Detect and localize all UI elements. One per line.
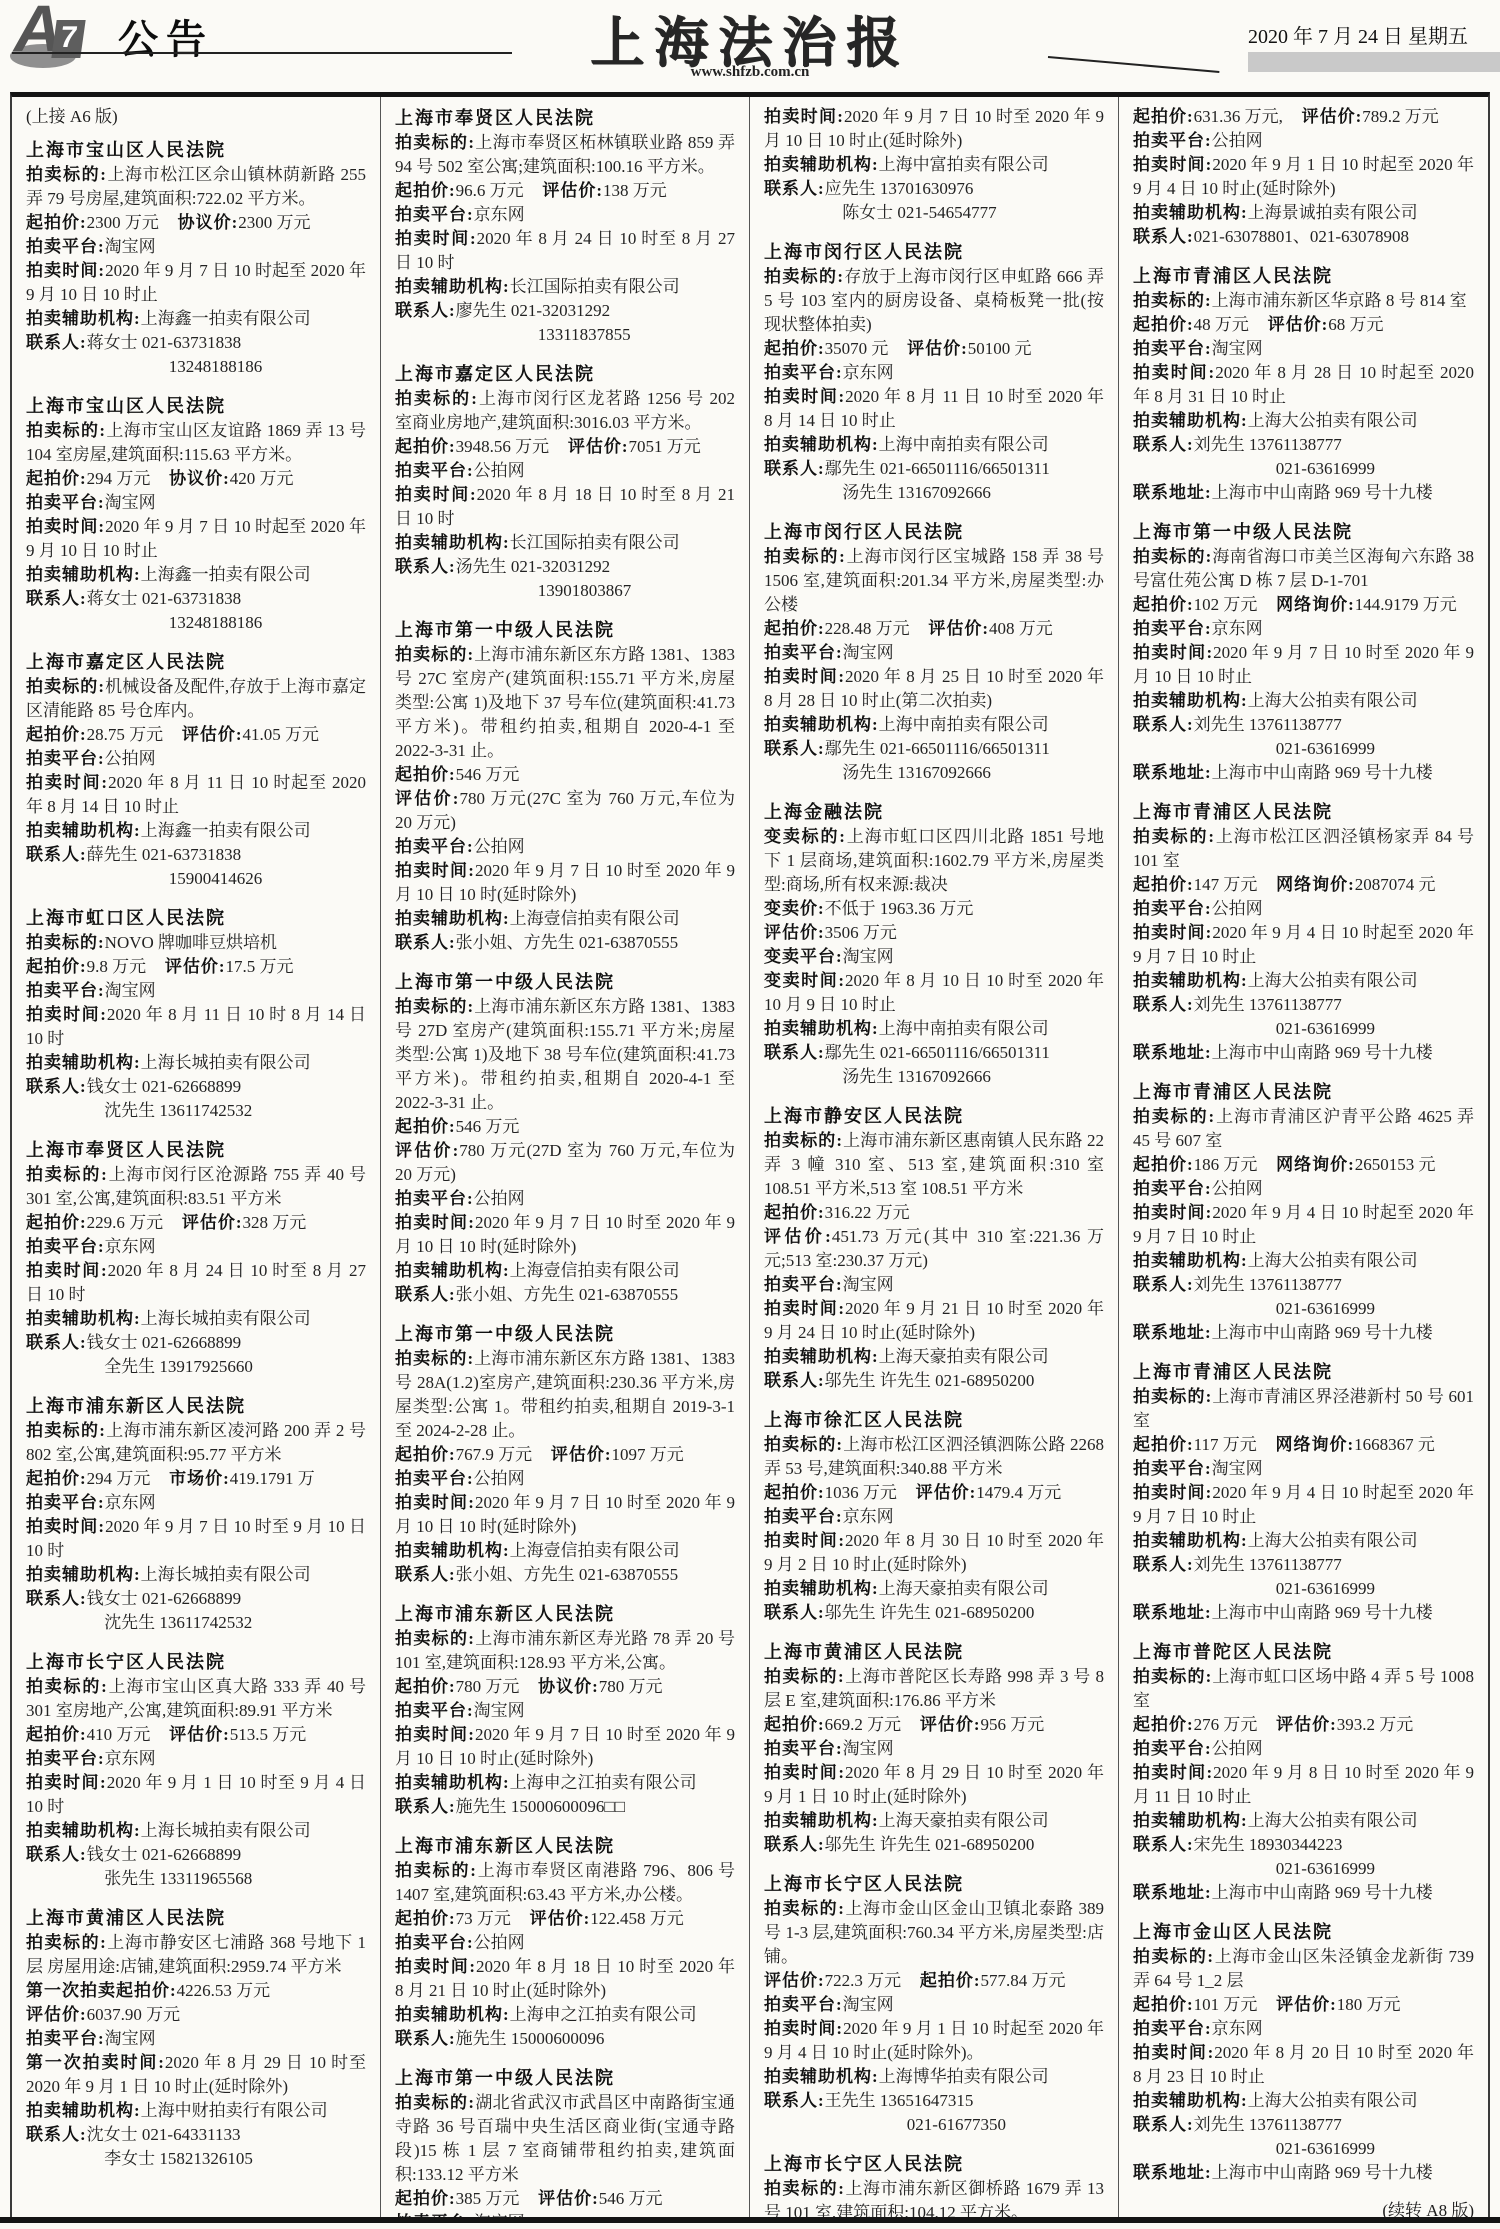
field-line: 拍卖标的:湖北省武汉市武昌区中南路街宝通寺路 36 号百瑞中央生活区商业街(宝通… (395, 2091, 735, 2187)
field-value: 上海大公拍卖有限公司 (1248, 411, 1418, 430)
field-value: 刘先生 13761138777 (1194, 435, 1342, 454)
field-line: 拍卖平台:京东网 (395, 203, 735, 227)
auction-entry: 上海市奉贤区人民法院拍卖标的:上海市奉贤区柘林镇联业路 859 弄 94 号 5… (395, 105, 735, 347)
field-line: 拍卖标的:上海市浦东新区东方路 1381、1383 号 27C 室房产(建筑面积… (395, 643, 735, 763)
field-line: 联系人:钱女士 021-62668899 (26, 1075, 366, 1099)
field-label: 拍卖平台: (1133, 1459, 1212, 1478)
field-line: 评估价:722.3 万元起拍价:577.84 万元 (764, 1969, 1104, 1993)
field-line: 第一次拍卖时间:2020 年 8 月 29 日 10 时至 2020 年 9 月… (26, 2051, 366, 2099)
field-label: 拍卖时间: (1133, 1483, 1212, 1502)
field-label: 起拍价: (1133, 1995, 1194, 2014)
field-label: 起拍价: (1133, 875, 1194, 894)
field-line: 联系人:邬先生 许先生 021-68950200 (764, 1369, 1104, 1393)
field-value: 鄢先生 021-66501116/66501311 (825, 1043, 1050, 1062)
field-label: 变卖平台: (764, 947, 843, 966)
field-line: 起拍价:48 万元评估价:68 万元 (1133, 313, 1474, 337)
field-label: 拍卖辅助机构: (1133, 1811, 1248, 1830)
field-value: 28.75 万元 (87, 725, 164, 744)
field-line: 拍卖时间:2020 年 8 月 24 日 10 时至 8 月 27 日 10 时 (26, 1259, 366, 1307)
field-value: 上海博华拍卖有限公司 (879, 2067, 1049, 2086)
court-name: 上海市普陀区人民法院 (1133, 1639, 1474, 1665)
field-value: 邬先生 许先生 021-68950200 (825, 1603, 1035, 1622)
field-label: 拍卖平台: (764, 643, 843, 662)
field-line: 拍卖平台:公拍网 (395, 1187, 735, 1211)
field-label: 联系人: (26, 845, 87, 864)
field-line: 联系人:张小姐、方先生 021-63870555 (395, 1283, 735, 1307)
field-label: 联系人: (1133, 715, 1194, 734)
field-label: 拍卖平台: (1133, 339, 1212, 358)
field-label: 拍卖时间: (764, 667, 845, 686)
field-label: 拍卖标的: (1133, 1107, 1215, 1126)
field-label: 拍卖标的: (764, 267, 844, 286)
field-label: 联系人: (764, 1371, 825, 1390)
field-label: 拍卖标的: (26, 1421, 106, 1440)
field-label: 评估价: (165, 957, 226, 976)
field-label: 联系人: (395, 2029, 456, 2048)
field-value: 316.22 万元 (825, 1203, 910, 1222)
field-value: 沈先生 13611742532 (104, 1101, 252, 1120)
field-value: 邬先生 许先生 021-68950200 (825, 1371, 1035, 1390)
field-line: 起拍价:28.75 万元评估价:41.05 万元 (26, 723, 366, 747)
court-name: 上海市黄浦区人民法院 (26, 1905, 366, 1931)
field-value: 公拍网 (105, 749, 156, 768)
field-line: 联系人:施先生 15000600096 (395, 2027, 735, 2051)
field-value: 京东网 (1212, 619, 1263, 638)
field-label: 联系人: (26, 333, 87, 352)
field-label: 起拍价: (395, 437, 456, 456)
field-value: 汤先生 13167092666 (842, 763, 991, 782)
field-line: 13248188186 (26, 355, 366, 379)
field-line: 拍卖辅助机构:上海长城拍卖有限公司 (26, 1819, 366, 1843)
field-label: 评估价: (182, 725, 243, 744)
field-line: 拍卖时间:2020 年 8 月 25 日 10 时至 2020 年 8 月 28… (764, 665, 1104, 713)
field-value: 淘宝网 (1212, 339, 1263, 358)
auction-entry: 上海市金山区人民法院拍卖标的:上海市金山区朱泾镇金龙新街 739 弄 64 号 … (1133, 1919, 1474, 2185)
field-line: 起拍价:3948.56 万元评估价:7051 万元 (395, 435, 735, 459)
field-line: 拍卖时间:2020 年 9 月 1 日 10 时起至 2020 年 9 月 4 … (764, 2017, 1104, 2065)
field-label: 评估价: (928, 619, 989, 638)
field-label: 协议价: (178, 213, 239, 232)
field-line: 拍卖平台:淘宝网 (26, 2027, 366, 2051)
court-name: 上海市嘉定区人民法院 (395, 361, 735, 387)
field-line: 拍卖标的:上海市闵行区宝城路 158 弄 38 号 1506 室,建筑面积:20… (764, 545, 1104, 617)
field-value: 35070 元 (825, 339, 889, 358)
field-line: 拍卖时间:2020 年 9 月 7 日 10 时至 2020 年 9 月 10 … (395, 1211, 735, 1259)
field-value: 73 万元 (456, 1909, 511, 1928)
field-line: 拍卖标的:上海市浦东新区御桥路 1679 弄 13 号 101 室,建筑面积:1… (764, 2177, 1104, 2220)
masthead-url: www.shfzb.com.cn (691, 64, 810, 81)
field-line: 拍卖辅助机构:上海天豪拍卖有限公司 (764, 1809, 1104, 1833)
field-value: 刘先生 13761138777 (1194, 1555, 1342, 1574)
field-line: 拍卖标的:上海市奉贤区柘林镇联业路 859 弄 94 号 502 室公寓;建筑面… (395, 131, 735, 179)
field-value: 上海天豪拍卖有限公司 (879, 1347, 1049, 1366)
field-value: 上海中财拍卖行有限公司 (141, 2101, 328, 2120)
court-name: 上海市嘉定区人民法院 (26, 649, 366, 675)
field-value: 419.1791 万 (230, 1469, 315, 1488)
page-header: A 7 公告 上海法治报 www.shfzb.com.cn 2020 年 7 月… (0, 0, 1500, 92)
field-label: 联系人: (395, 301, 456, 320)
field-label: 拍卖时间: (764, 1763, 845, 1782)
page-bottom-rule (0, 2217, 1500, 2223)
field-line: 拍卖标的:上海市浦东新区东方路 1381、1383 号 28A(1.2)室房产,… (395, 1347, 735, 1443)
field-value: 上海中富拍卖有限公司 (879, 155, 1049, 174)
field-value: 2300 万元 (238, 213, 310, 232)
field-line: 拍卖时间:2020 年 8 月 11 日 10 时 8 月 14 日 10 时 (26, 1003, 366, 1051)
field-line: 拍卖平台:京东网 (1133, 2017, 1474, 2041)
field-line: 拍卖辅助机构:上海大公拍卖有限公司 (1133, 1249, 1474, 1273)
field-label: 拍卖时间: (395, 1213, 475, 1232)
field-line: 变卖价:不低于 1963.36 万元 (764, 897, 1104, 921)
field-label: 联系人: (1133, 1275, 1194, 1294)
field-label: 拍卖标的: (764, 1667, 845, 1686)
field-value: 沈先生 13611742532 (104, 1613, 252, 1632)
field-label: 拍卖标的: (1133, 1387, 1212, 1406)
field-value: 施先生 15000600096 (456, 2029, 605, 2048)
court-name: 上海市浦东新区人民法院 (395, 1601, 735, 1627)
field-value: 101 万元 (1194, 1995, 1258, 2014)
field-label: 拍卖时间: (1133, 923, 1212, 942)
field-value: 385 万元 (456, 2189, 520, 2208)
field-label: 拍卖平台: (26, 749, 105, 768)
field-line: 拍卖平台:京东网 (26, 1747, 366, 1771)
field-label: 拍卖时间: (764, 107, 844, 126)
field-label: 拍卖辅助机构: (395, 909, 510, 928)
field-value: 公拍网 (474, 837, 525, 856)
auction-entry: 上海市徐汇区人民法院拍卖标的:上海市松江区泗泾镇泗陈公路 2268 弄 53 号… (764, 1407, 1104, 1625)
field-label: 联系人: (1133, 1835, 1194, 1854)
field-value: 102 万元 (1194, 595, 1258, 614)
field-value: 1097 万元 (612, 1445, 684, 1464)
field-line: 起拍价:767.9 万元评估价:1097 万元 (395, 1443, 735, 1467)
field-label: 拍卖时间: (1133, 643, 1213, 662)
auction-entry: 上海市闵行区人民法院拍卖标的:存放于上海市闵行区申虹路 666 弄 5 号 10… (764, 239, 1104, 505)
field-line: 联系人:汤先生 021-32031292 (395, 555, 735, 579)
field-line: 联系人:021-63078801、021-63078908 (1133, 225, 1474, 249)
field-label: 评估价: (916, 1483, 977, 1502)
field-line: 拍卖辅助机构:上海中南拍卖有限公司 (764, 433, 1104, 457)
field-line: 联系人:刘先生 13761138777 (1133, 2113, 1474, 2137)
field-value: 17.5 万元 (226, 957, 294, 976)
field-label: 联系人: (26, 589, 87, 608)
field-label: 起拍价: (26, 1213, 87, 1232)
field-line: 拍卖时间:2020 年 8 月 18 日 10 时至 8 月 21 日 10 时 (395, 483, 735, 531)
field-value: 上海大公拍卖有限公司 (1248, 971, 1418, 990)
field-line: 13248188186 (26, 611, 366, 635)
field-value: 上海鑫一拍卖有限公司 (141, 565, 311, 584)
court-name: 上海市第一中级人民法院 (395, 1321, 735, 1347)
field-value: 钱女士 021-62668899 (87, 1845, 241, 1864)
field-line: 联系人:邬先生 许先生 021-68950200 (764, 1601, 1104, 1625)
field-line: 拍卖平台:公拍网 (395, 1931, 735, 1955)
field-label: 拍卖辅助机构: (764, 1579, 879, 1598)
field-line: 拍卖平台:公拍网 (395, 1467, 735, 1491)
field-label: 拍卖时间: (26, 261, 105, 280)
field-value: 513.5 万元 (230, 1725, 307, 1744)
field-line: 拍卖辅助机构:上海大公拍卖有限公司 (1133, 2089, 1474, 2113)
field-label: 拍卖时间: (395, 861, 475, 880)
field-value: 公拍网 (1212, 1179, 1263, 1198)
field-value: 上海长城拍卖有限公司 (141, 1053, 311, 1072)
field-label: 起拍价: (764, 619, 825, 638)
field-value: 公拍网 (474, 1189, 525, 1208)
field-label: 第一次拍卖起拍价: (26, 1981, 177, 2000)
field-label: 起拍价: (1133, 1715, 1194, 1734)
field-value: 021-63616999 (1276, 1859, 1375, 1878)
auction-entry: 上海市青浦区人民法院拍卖标的:上海市青浦区界泾港新村 50 号 601 室起拍价… (1133, 1359, 1474, 1625)
field-label: 联系人: (764, 1835, 825, 1854)
field-line: 拍卖辅助机构:上海中财拍卖行有限公司 (26, 2099, 366, 2123)
date-label: 2020 年 7 月 24 日 星期五 (1248, 20, 1468, 49)
field-value: 1036 万元 (825, 1483, 897, 1502)
field-line: 拍卖平台:公拍网 (395, 835, 735, 859)
field-line: 联系人:钱女士 021-62668899 (26, 1843, 366, 1867)
field-label: 联系地址: (1133, 1323, 1212, 1342)
field-label: 拍卖标的: (26, 1677, 108, 1696)
field-value: 13311837855 (538, 325, 631, 344)
field-label: 拍卖辅助机构: (26, 1053, 141, 1072)
field-value: 公拍网 (474, 1933, 525, 1952)
court-name: 上海市静安区人民法院 (764, 1103, 1104, 1129)
field-label: 起拍价: (395, 1677, 456, 1696)
field-value: 邬先生 许先生 021-68950200 (825, 1835, 1035, 1854)
auction-entry: 上海市闵行区人民法院拍卖标的:上海市闵行区宝城路 158 弄 38 号 1506… (764, 519, 1104, 785)
field-value: 2650153 元 (1355, 1155, 1436, 1174)
field-value: 淘宝网 (474, 1701, 525, 1720)
auction-entry: 拍卖时间:2020 年 9 月 7 日 10 时至 2020 年 9 月 10 … (764, 105, 1104, 225)
field-line: 变卖时间:2020 年 8 月 10 日 10 时至 2020 年 10 月 9… (764, 969, 1104, 1017)
field-line: 评估价:3506 万元 (764, 921, 1104, 945)
auction-entry: 上海市第一中级人民法院拍卖标的:上海市浦东新区东方路 1381、1383 号 2… (395, 969, 735, 1307)
field-value: 上海市中山南路 969 号十九楼 (1212, 1603, 1433, 1622)
field-value: 117 万元 (1194, 1435, 1257, 1454)
field-value: 420 万元 (230, 469, 294, 488)
auction-entry: 上海市青浦区人民法院拍卖标的:上海市松江区泗泾镇杨家弄 84 号 101 室起拍… (1133, 799, 1474, 1065)
field-line: 起拍价:631.36 万元,评估价:789.2 万元 (1133, 105, 1474, 129)
field-line: 拍卖标的:上海市金山区朱泾镇金龙新街 739 弄 64 号 1_2 层 (1133, 1945, 1474, 1993)
field-label: 评估价: (920, 1715, 981, 1734)
field-line: 拍卖时间:2020 年 8 月 28 日 10 时起至 2020 年 8 月 3… (1133, 361, 1474, 409)
field-line: 拍卖辅助机构:上海壹信拍卖有限公司 (395, 1539, 735, 1563)
field-value: 上海中南拍卖有限公司 (879, 1019, 1049, 1038)
field-label: 拍卖时间: (1133, 2043, 1214, 2062)
field-value: 上海大公拍卖有限公司 (1248, 2091, 1418, 2110)
field-value: 上海壹信拍卖有限公司 (510, 909, 680, 928)
field-label: 联系人: (764, 459, 825, 478)
field-value: 淘宝网 (843, 1995, 894, 2014)
field-label: 拍卖辅助机构: (26, 1309, 141, 1328)
section-title: 公告 (118, 8, 214, 65)
field-label: 拍卖平台: (395, 461, 474, 480)
field-line: 起拍价:73 万元评估价:122.458 万元 (395, 1907, 735, 1931)
field-value: 上海鑫一拍卖有限公司 (141, 821, 311, 840)
court-name: 上海市青浦区人民法院 (1133, 799, 1474, 825)
field-label: 网络询价: (1275, 1435, 1354, 1454)
field-line: 起拍价:669.2 万元评估价:956 万元 (764, 1713, 1104, 1737)
auction-entry: 上海市第一中级人民法院拍卖标的:上海市浦东新区东方路 1381、1383 号 2… (395, 617, 735, 955)
field-line: 联系人:蒋女士 021-63731838 (26, 587, 366, 611)
field-line: 021-63616999 (1133, 1297, 1474, 1321)
field-line: 拍卖时间:2020 年 9 月 7 日 10 时起至 2020 年 9 月 10… (26, 515, 366, 563)
field-value: 上海景诚拍卖有限公司 (1248, 203, 1418, 222)
field-line: 拍卖平台:淘宝网 (764, 1737, 1104, 1761)
field-value: 京东网 (105, 1493, 156, 1512)
field-line: 拍卖时间:2020 年 9 月 7 日 10 时至 2020 年 9 月 10 … (395, 1491, 735, 1539)
field-value: 15900414626 (169, 869, 263, 888)
field-value: 2087074 元 (1355, 875, 1436, 894)
field-label: 拍卖辅助机构: (395, 2005, 510, 2024)
field-label: 起拍价: (1133, 1155, 1194, 1174)
field-label: 拍卖平台: (26, 1749, 105, 1768)
court-name: 上海市黄浦区人民法院 (764, 1639, 1104, 1665)
court-name: 上海市青浦区人民法院 (1133, 263, 1474, 289)
field-label: 起拍价: (764, 1203, 825, 1222)
field-label: 起拍价: (26, 213, 87, 232)
field-label: 拍卖平台: (395, 1189, 474, 1208)
field-line: 联系人:廖先生 021-32031292 (395, 299, 735, 323)
field-label: 拍卖标的: (1133, 547, 1212, 566)
field-label: 拍卖时间: (764, 387, 845, 406)
field-value: 147 万元 (1194, 875, 1258, 894)
auction-entry: 上海市黄浦区人民法院拍卖标的:上海市普陀区长寿路 998 弄 3 号 8 层 E… (764, 1639, 1104, 1857)
field-line: 联系人:王先生 13651647315 (764, 2089, 1104, 2113)
field-value: 上海长城拍卖有限公司 (141, 1821, 311, 1840)
field-label: 拍卖辅助机构: (1133, 1531, 1248, 1550)
field-label: 拍卖辅助机构: (26, 1565, 141, 1584)
field-value: 鄢先生 021-66501116/66501311 (825, 459, 1050, 478)
field-label: 联系人: (26, 1333, 87, 1352)
field-value: 上海市中山南路 969 号十九楼 (1212, 1323, 1433, 1342)
field-value: 不低于 1963.36 万元 (825, 899, 974, 918)
field-line: 拍卖平台:京东网 (1133, 617, 1474, 641)
field-label: 拍卖标的: (26, 933, 105, 952)
field-label: 网络询价: (1276, 595, 1355, 614)
field-label: 评估价: (1302, 107, 1363, 126)
field-label: 联系人: (764, 1603, 825, 1622)
field-label: 协议价: (169, 469, 230, 488)
column-3: 拍卖时间:2020 年 9 月 7 日 10 时至 2020 年 9 月 10 … (750, 97, 1119, 2220)
field-value: 96.6 万元 (456, 181, 524, 200)
field-value: 3948.56 万元 (456, 437, 550, 456)
field-line: 联系人:刘先生 13761138777 (1133, 713, 1474, 737)
field-label: 联系人: (764, 2091, 825, 2110)
field-label: 联系人: (395, 933, 456, 952)
auction-entry: 上海市静安区人民法院拍卖标的:上海市浦东新区惠南镇人民东路 22 弄 3 幢 3… (764, 1103, 1104, 1393)
field-line: 变卖平台:淘宝网 (764, 945, 1104, 969)
field-value: 021-63078801、021-63078908 (1194, 227, 1409, 246)
field-line: 拍卖辅助机构:长江国际拍卖有限公司 (395, 531, 735, 555)
field-line: 拍卖平台:淘宝网 (26, 491, 366, 515)
field-value: 淘宝网 (105, 981, 156, 1000)
field-line: 拍卖标的:上海市宝山区真大路 333 弄 40 号 301 室房地产,公寓,建筑… (26, 1675, 366, 1723)
field-label: 拍卖辅助机构: (26, 821, 141, 840)
field-label: 拍卖标的: (26, 421, 106, 440)
field-label: 拍卖标的: (1133, 1947, 1214, 1966)
field-line: 拍卖平台:公拍网 (1133, 1737, 1474, 1761)
field-label: 起拍价: (395, 1117, 456, 1136)
field-line: 联系人:刘先生 13761138777 (1133, 1553, 1474, 1577)
field-value: 上海长城拍卖有限公司 (141, 1309, 311, 1328)
field-line: 联系人:张小姐、方先生 021-63870555 (395, 931, 735, 955)
field-line: 13311837855 (395, 323, 735, 347)
field-value: 1479.4 万元 (976, 1483, 1061, 1502)
field-label: 拍卖标的: (764, 1435, 843, 1454)
field-label: 拍卖时间: (26, 1517, 105, 1536)
field-line: 拍卖标的:上海市青浦区沪青平公路 4625 弄 45 号 607 室 (1133, 1105, 1474, 1153)
auction-entry: 上海市第一中级人民法院拍卖标的:海南省海口市美兰区海甸六东路 38 号富仕苑公寓… (1133, 519, 1474, 785)
field-label: 起拍价: (1133, 315, 1194, 334)
field-line: 拍卖辅助机构:上海大公拍卖有限公司 (1133, 969, 1474, 993)
field-line: 张先生 13311965568 (26, 1867, 366, 1891)
field-line: 第一次拍卖起拍价:4226.53 万元 (26, 1979, 366, 2003)
field-label: 拍卖标的: (764, 1899, 845, 1918)
field-label: 联系人: (26, 1589, 87, 1608)
field-label: 评估价: (568, 437, 629, 456)
field-value: 546 万元 (599, 2189, 663, 2208)
field-label: 评估价: (538, 2189, 599, 2208)
field-label: 拍卖辅助机构: (395, 1773, 510, 1792)
field-value: 长江国际拍卖有限公司 (510, 533, 680, 552)
field-line: 拍卖时间:2020 年 9 月 7 日 10 时至 2020 年 9 月 10 … (1133, 641, 1474, 689)
field-label: 拍卖时间: (1133, 363, 1215, 382)
court-name: 上海市长宁区人民法院 (764, 1871, 1104, 1897)
field-label: 评估价: (26, 2005, 87, 2024)
field-label: 拍卖标的: (395, 997, 474, 1016)
field-value: 上海中南拍卖有限公司 (879, 435, 1049, 454)
field-label: 拍卖平台: (1133, 1179, 1212, 1198)
field-label: 拍卖平台: (26, 981, 105, 1000)
field-line: 起拍价:96.6 万元评估价:138 万元 (395, 179, 735, 203)
field-value: 780 万元 (456, 1677, 520, 1696)
field-label: 拍卖辅助机构: (395, 533, 510, 552)
field-value: 780 万元 (599, 1677, 663, 1696)
field-label: 评估价: (1276, 1995, 1337, 2014)
field-label: 拍卖辅助机构: (764, 155, 879, 174)
field-line: 联系地址:上海市中山南路 969 号十九楼 (1133, 1321, 1474, 1345)
field-value: 京东网 (1212, 2019, 1263, 2038)
field-label: 评估价: (169, 1725, 230, 1744)
field-label: 拍卖时间: (395, 485, 477, 504)
field-label: 拍卖辅助机构: (26, 565, 141, 584)
field-line: 拍卖平台:淘宝网 (26, 979, 366, 1003)
field-value: NOVO 牌咖啡豆烘培机 (105, 933, 277, 952)
field-line: 沈先生 13611742532 (26, 1099, 366, 1123)
field-label: 拍卖平台: (764, 1995, 843, 2014)
auction-entry: 上海市嘉定区人民法院拍卖标的:上海市闵行区龙茗路 1256 号 202 室商业房… (395, 361, 735, 603)
auction-entry: 上海市浦东新区人民法院拍卖标的:上海市奉贤区南港路 796、806 号 1407… (395, 1833, 735, 2051)
field-label: 拍卖平台: (26, 2029, 105, 2048)
field-label: 拍卖平台: (395, 837, 474, 856)
field-value: 13901803867 (538, 581, 632, 600)
field-value: 上海天豪拍卖有限公司 (879, 1811, 1049, 1830)
field-label: 起拍价: (26, 957, 87, 976)
field-label: 拍卖辅助机构: (395, 1261, 510, 1280)
field-line: 联系人:鄢先生 021-66501116/66501311 (764, 1041, 1104, 1065)
field-line: 拍卖辅助机构:上海中南拍卖有限公司 (764, 1017, 1104, 1041)
field-label: 联系人: (764, 739, 825, 758)
field-line: 拍卖标的:上海市松江区泗泾镇杨家弄 84 号 101 室 (1133, 825, 1474, 873)
field-value: 41.05 万元 (243, 725, 320, 744)
field-label: 拍卖时间: (26, 1773, 107, 1792)
field-line: 拍卖平台:公拍网 (1133, 1177, 1474, 1201)
field-line: 起拍价:101 万元评估价:180 万元 (1133, 1993, 1474, 2017)
auction-entry: 上海市浦东新区人民法院拍卖标的:上海市浦东新区寿光路 78 弄 20 号 101… (395, 1601, 735, 1819)
field-label: 拍卖辅助机构: (1133, 2091, 1248, 2110)
field-value: 021-63616999 (1276, 1579, 1375, 1598)
column-4: 起拍价:631.36 万元,评估价:789.2 万元拍卖平台:公拍网拍卖时间:2… (1119, 97, 1488, 2220)
field-line: 起拍价:294 万元协议价:420 万元 (26, 467, 366, 491)
field-value: 淘宝网 (105, 237, 156, 256)
field-label: 起拍价: (26, 469, 87, 488)
